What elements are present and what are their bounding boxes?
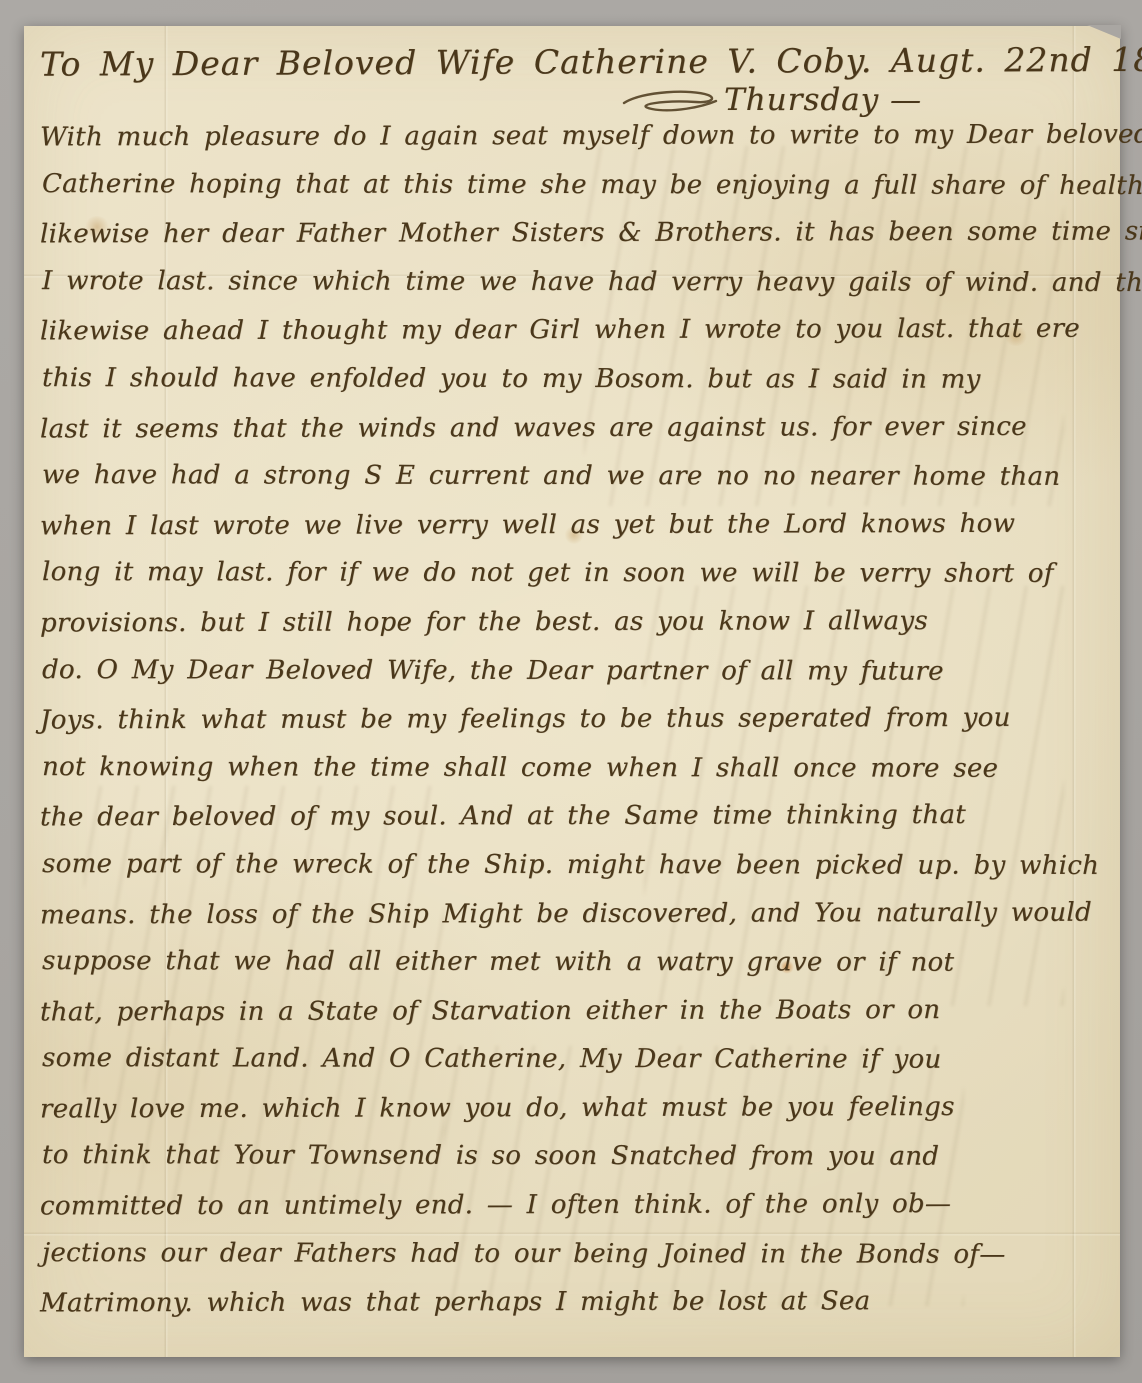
letter-line: Matrimony. which was that perhaps I migh…: [40, 1277, 1106, 1328]
letter-line: jections our dear Fathers had to our bei…: [42, 1229, 1108, 1279]
letter-line: some part of the wreck of the Ship. migh…: [42, 840, 1108, 890]
letter-line: not knowing when the time shall come whe…: [42, 743, 1108, 793]
letter-line: to think that Your Townsend is so soon S…: [42, 1132, 1108, 1182]
letter-line: Catherine hoping that at this time she m…: [42, 160, 1108, 210]
letter-line: we have had a strong S E current and we …: [42, 451, 1108, 501]
letter-line: With much pleasure do I again seat mysel…: [40, 111, 1106, 162]
letter-line: I wrote last. since which time we have h…: [42, 257, 1108, 307]
letter-line: long it may last. for if we do not get i…: [42, 548, 1108, 598]
letter-line: likewise her dear Father Mother Sisters …: [40, 208, 1106, 259]
letter-line: this I should have enfolded you to my Bo…: [42, 354, 1108, 404]
letter-line: some distant Land. And O Catherine, My D…: [42, 1034, 1108, 1084]
letter-body: With much pleasure do I again seat mysel…: [40, 112, 1106, 1327]
letter-line: do. O My Dear Beloved Wife, the Dear par…: [42, 646, 1108, 696]
letter-line: Joys. think what must be my feelings to …: [40, 694, 1106, 745]
letter-line: when I last wrote we live verry well as …: [40, 499, 1106, 550]
letter-line: provisions. but I still hope for the bes…: [40, 597, 1106, 648]
letter-line: committed to an untimely end. — I often …: [40, 1180, 1106, 1231]
letter-paper: To My Dear Beloved Wife Catherine V. Cob…: [24, 26, 1120, 1357]
letter-line: likewise ahead I thought my dear Girl wh…: [40, 305, 1106, 356]
letter-line: last it seems that the winds and waves a…: [40, 402, 1106, 453]
letter-line: that, perhaps in a State of Starvation e…: [40, 985, 1106, 1036]
letter-line: the dear beloved of my soul. And at the …: [40, 791, 1106, 842]
letter-heading: To My Dear Beloved Wife Catherine V. Cob…: [40, 39, 1142, 83]
letter-line: really love me. which I know you do, wha…: [40, 1082, 1106, 1133]
letter-line: means. the loss of the Ship Might be dis…: [40, 888, 1106, 939]
folded-corner: [1087, 25, 1121, 39]
letter-line: suppose that we had all either met with …: [42, 937, 1108, 987]
